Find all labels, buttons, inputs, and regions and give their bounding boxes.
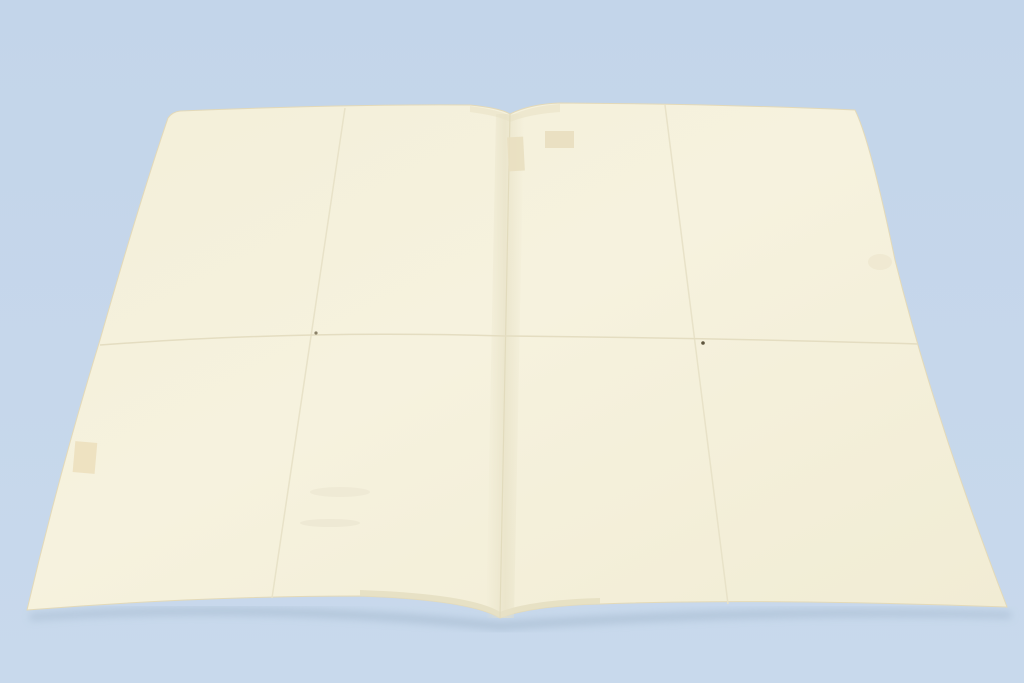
tape-mark-top [545,131,574,148]
faint-stain [868,254,892,270]
paper-photo [0,0,1024,683]
tape-mark-gutter [507,137,525,172]
faint-marking-2 [300,519,360,527]
tape-mark-left [73,441,98,474]
photo-scene: Photograph of a large blank folded sheet… [0,0,1024,683]
faint-marking [310,487,370,497]
crease-speck-left [314,331,317,334]
crease-speck-right [701,341,705,345]
